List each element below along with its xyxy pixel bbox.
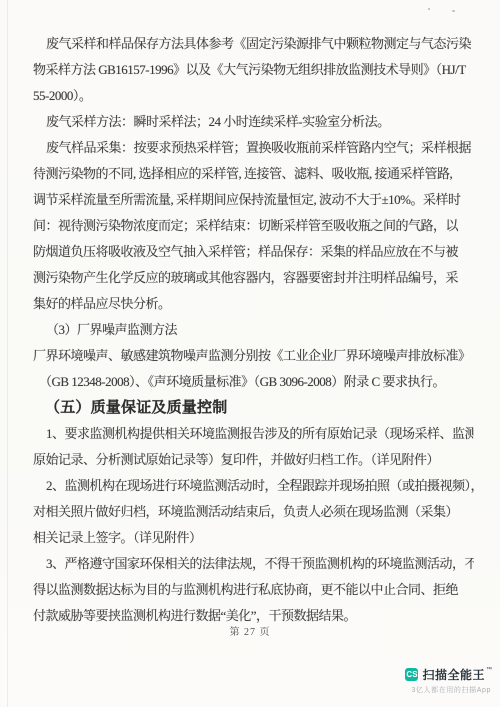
subsection-title: （3）厂界噪声监测方法 (33, 317, 474, 343)
text-line: 物采样方法 GB16157-1996》以及《大气污染物无组织排放监测技术导则》（… (33, 57, 474, 83)
text-line: 废气采样方法：瞬时采样法；24 小时连续采样-实验室分析法。 (33, 109, 474, 135)
watermark-brand-row: CS 扫描全能王 ™ (405, 666, 492, 683)
section-heading: （五）质量保证及质量控制 (33, 395, 474, 421)
text-line: 3、严格遵守国家环保相关的法律法规，不得干预监测机构的环境监测活动，不 (33, 551, 474, 577)
text-line: 废气采样和样品保存方法具体参考《固定污染源排气中颗粒物测定与气态污染 (33, 31, 474, 57)
trademark-symbol: ™ (486, 667, 492, 673)
camscanner-logo-icon: CS (405, 668, 418, 681)
camscanner-watermark: CS 扫描全能王 ™ 3亿人都在用的扫描App (405, 666, 492, 695)
text-line: 测污染物产生化学反应的玻璃或其他容器内，容器要密封并注明样品编号，采 (33, 265, 474, 291)
text-line: 1、要求监测机构提供相关环境监测报告涉及的所有原始记录（现场采样、监测 (33, 421, 474, 447)
watermark-tagline: 3亿人都在用的扫描App (405, 685, 492, 695)
text-line: 集好的样品应尽快分析。 (33, 291, 474, 317)
scan-artifact-dot (428, 8, 430, 10)
text-line: 对相关照片做好归档，环境监测活动结束后，负责人必须在现场监测（采集） (33, 499, 474, 525)
page-number: 第 27 页 (0, 623, 500, 638)
text-line: 间：视待测污染物浓度而定；采样结束：切断采样管至吸收瓶之间的气路，以 (33, 213, 474, 239)
text-line: 原始记录、分析测试原始记录等）复印件，并做好归档工作。（详见附件） (33, 447, 474, 473)
document-text-block: 废气采样和样品保存方法具体参考《固定污染源排气中颗粒物测定与气态污染 物采样方法… (33, 31, 474, 629)
text-line: 防烟道负压将吸收液及空气抽入采样管；样品保存：采集的样品应放在不与被 (33, 239, 474, 265)
text-line: 厂界环境噪声、敏感建筑物噪声监测分别按《工业企业厂界环境噪声排放标准》 (33, 343, 474, 369)
scan-edge-line (7, 0, 8, 707)
text-line: 得以监测数据达标为目的与监测机构进行私底协商，更不能以中止合同、拒绝 (33, 577, 474, 603)
text-line: （GB 12348-2008）、《声环境质量标准》（GB 3096-2008）附… (33, 369, 474, 395)
scan-artifact-dot (452, 10, 455, 12)
text-line: 待测污染物的不同, 选择相应的采样管, 连接管、滤料、吸收瓶, 接通采样管路, (33, 161, 474, 187)
text-line: 废气样品采集：按要求预热采样管；置换吸收瓶前采样管路内空气；采样根据 (33, 135, 474, 161)
text-line: 2、监测机构在现场进行环境监测活动时，全程跟踪并现场拍照（或拍摄视频）， (33, 473, 474, 499)
text-line: 调节采样流量至所需流量, 采样期间应保持流量恒定, 波动不大于±10%。采样时 (33, 187, 474, 213)
text-line: 55-2000）。 (33, 83, 474, 109)
scanned-page: 废气采样和样品保存方法具体参考《固定污染源排气中颗粒物测定与气态污染 物采样方法… (0, 0, 500, 707)
text-line: 相关记录上签字。（详见附件） (33, 525, 474, 551)
watermark-brand-text: 扫描全能王 (422, 666, 485, 683)
